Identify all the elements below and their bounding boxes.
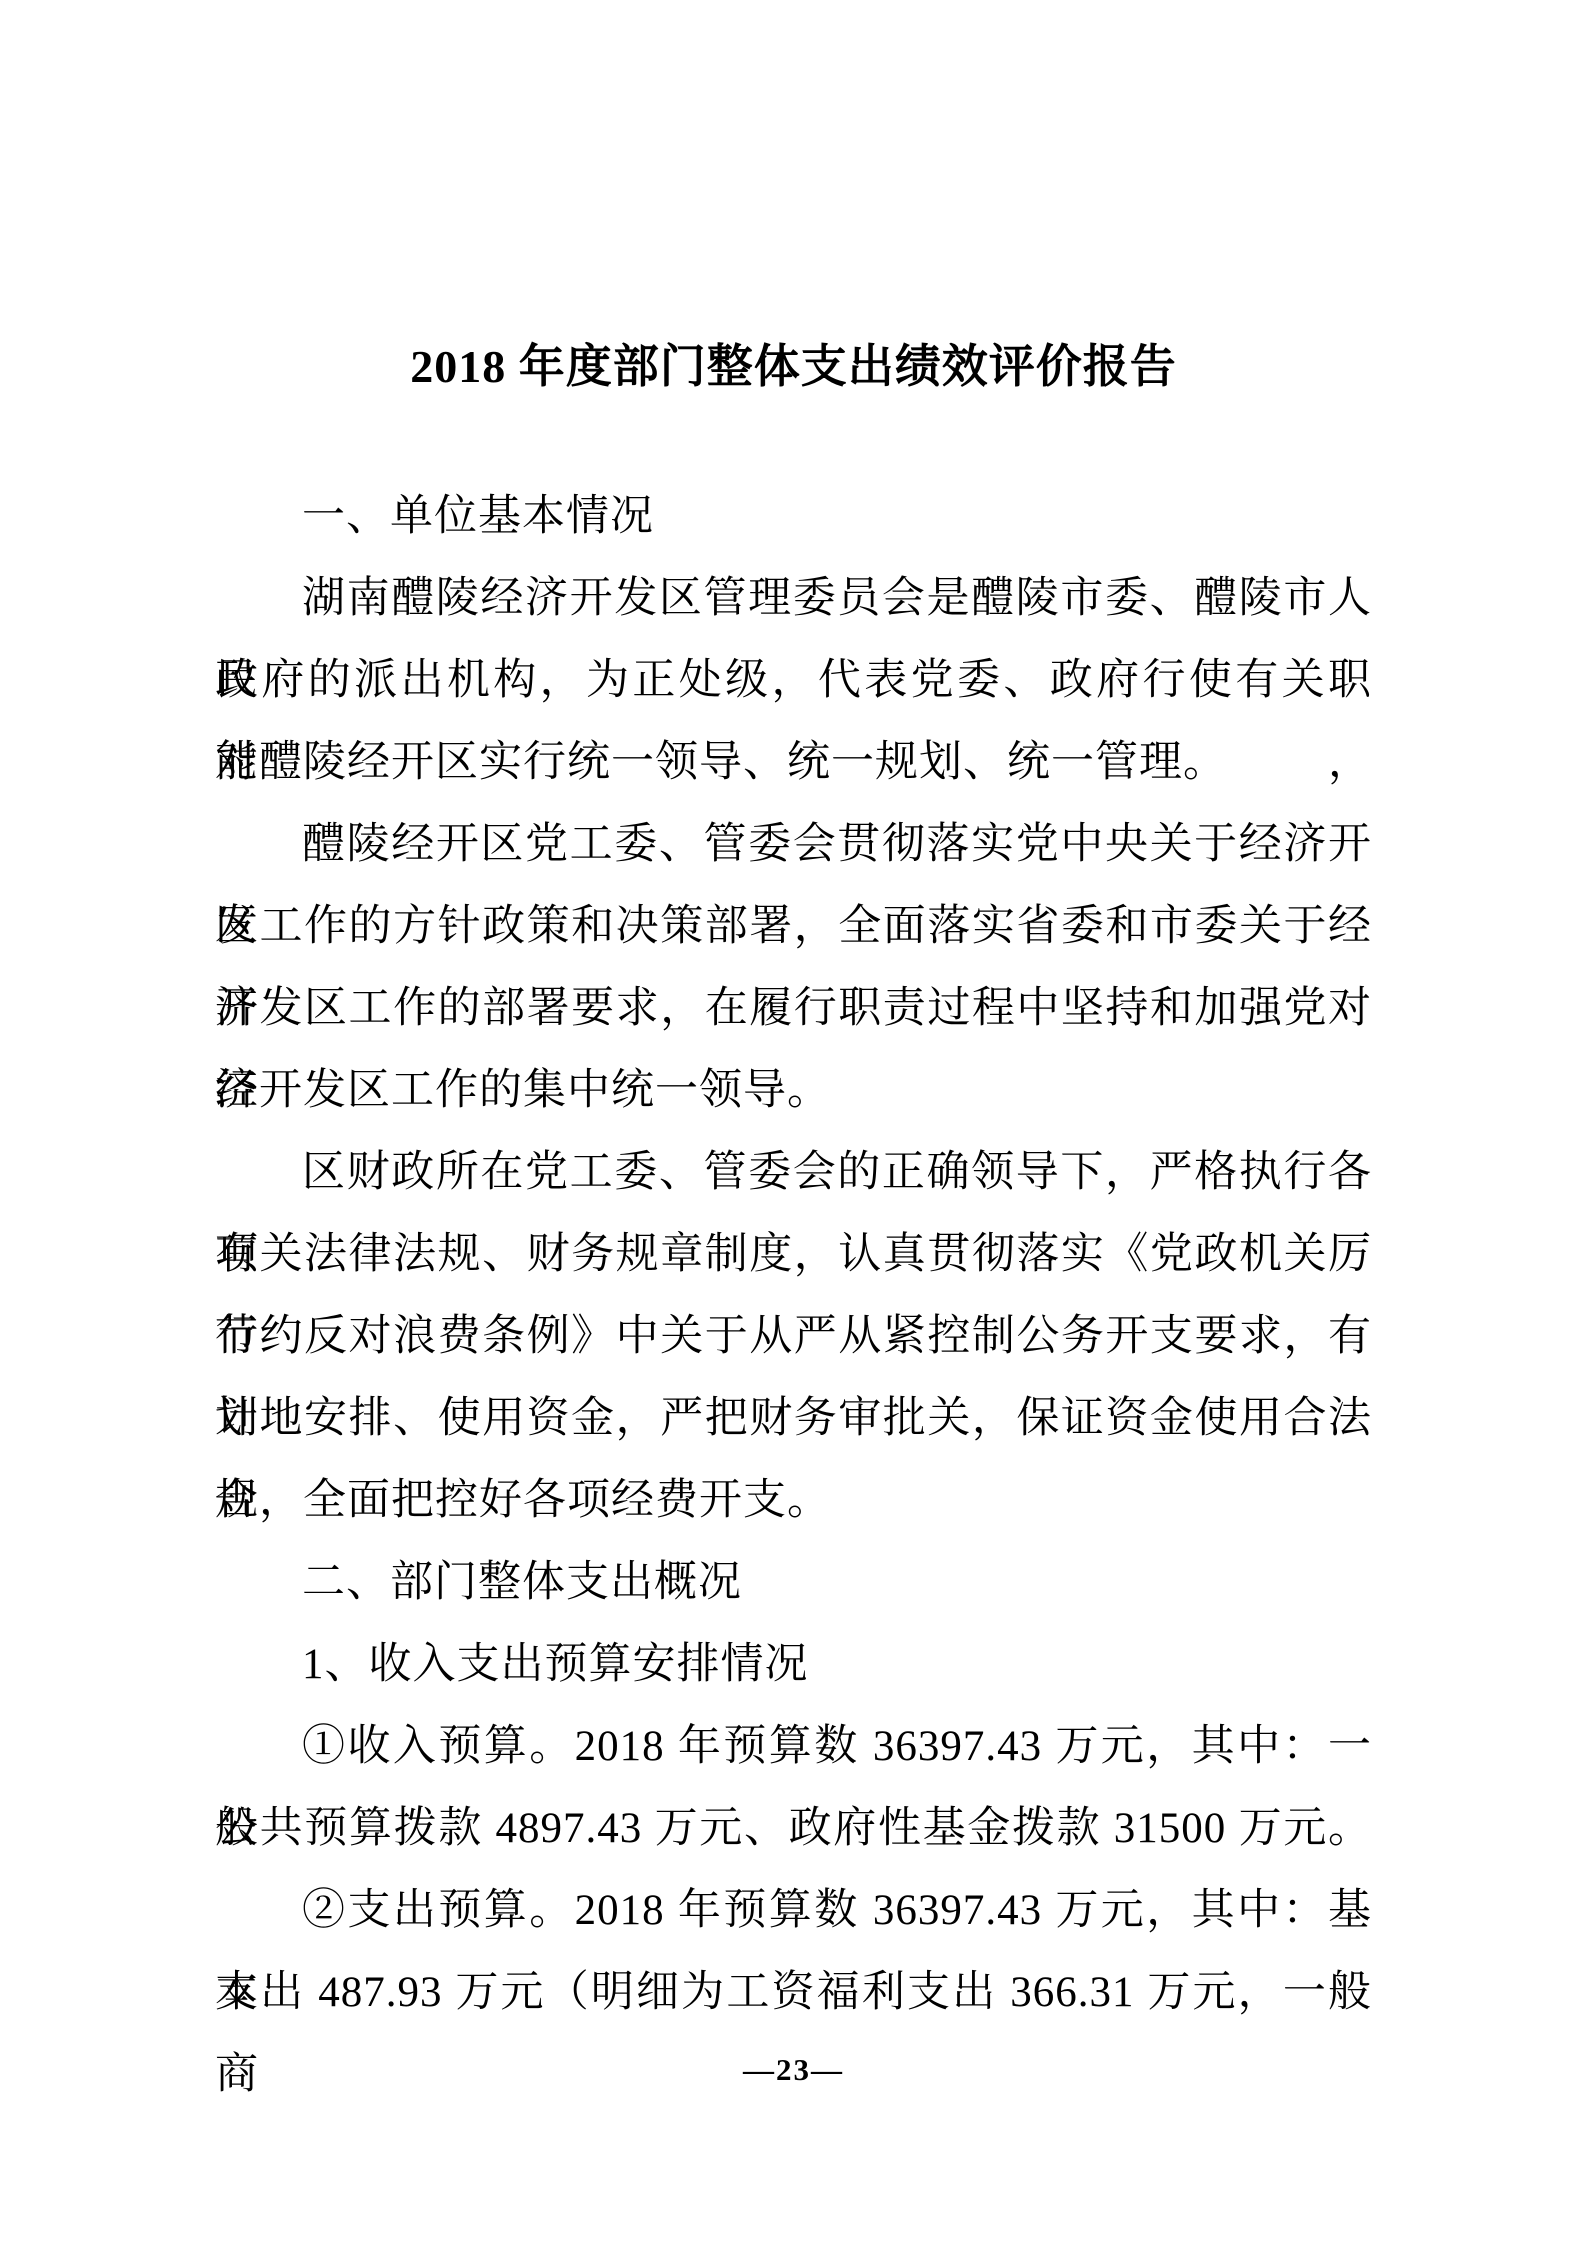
body-line: 醴陵经开区党工委、管委会贯彻落实党中央关于经济开发 [215,804,1372,886]
body-line: 政府的派出机构，为正处级，代表党委、政府行使有关职能， [215,640,1372,722]
document-body: 一、单位基本情况 湖南醴陵经济开发区管理委员会是醴陵市委、醴陵市人民 政府的派出… [215,476,1372,2034]
body-line: 支出 487.93 万元（明细为工资福利支出 366.31 万元，一般商 [215,1952,1372,2034]
body-line: 区财政所在党工委、管委会的正确领导下，严格执行各项 [215,1132,1372,1214]
document-page: 2018 年度部门整体支出绩效评价报告 一、单位基本情况 湖南醴陵经济开发区管理… [0,0,1587,2245]
body-line: ①收入预算。2018 年预算数 36397.43 万元，其中：一般 [215,1706,1372,1788]
body-line: 有关法律法规、财务规章制度，认真贯彻落实《党政机关厉行 [215,1214,1372,1296]
body-line: 开发区工作的部署要求，在履行职责过程中坚持和加强党对经 [215,968,1372,1050]
body-line: 规，全面把控好各项经费开支。 [215,1460,1372,1542]
body-line: 区工作的方针政策和决策部署，全面落实省委和市委关于经济 [215,886,1372,968]
body-line: 对醴陵经开区实行统一领导、统一规划、统一管理。 [215,722,1372,804]
body-line: 公共预算拨款 4897.43 万元、政府性基金拨款 31500 万元。 [215,1788,1372,1870]
body-line: ②支出预算。2018 年预算数 36397.43 万元，其中：基本 [215,1870,1372,1952]
body-line: 节约反对浪费条例》中关于从严从紧控制公务开支要求，有计 [215,1296,1372,1378]
footer-page-number: —23— [0,2052,1587,2088]
body-line: 济开发区工作的集中统一领导。 [215,1050,1372,1132]
document-title: 2018 年度部门整体支出绩效评价报告 [0,330,1587,396]
subsection-heading: 1、收入支出预算安排情况 [215,1624,1372,1706]
body-line: 划地安排、使用资金，严把财务审批关，保证资金使用合法合 [215,1378,1372,1460]
section-heading-2: 二、部门整体支出概况 [215,1542,1372,1624]
section-heading-1: 一、单位基本情况 [215,476,1372,558]
body-line: 湖南醴陵经济开发区管理委员会是醴陵市委、醴陵市人民 [215,558,1372,640]
